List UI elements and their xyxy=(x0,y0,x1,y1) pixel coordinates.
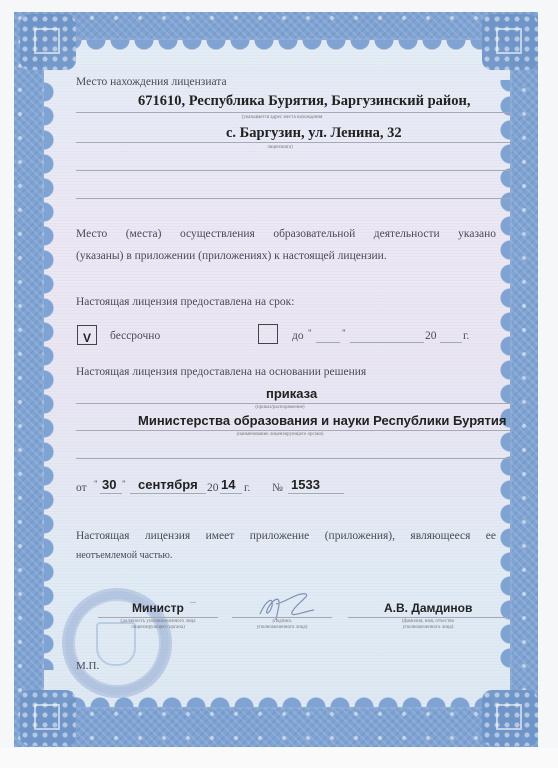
signatory-name: А.В. Дамдинов xyxy=(384,601,472,615)
signature-caption-2: уполномоченного лица) xyxy=(232,625,332,630)
date-year-prefix: 20 xyxy=(207,482,219,494)
quote-close: " xyxy=(342,328,346,338)
license-content: Место нахождения лицензиата 671610, Респ… xyxy=(0,0,558,768)
until-year-prefix: 20 xyxy=(425,330,437,342)
term-label: Настоящая лицензия предоставлена на срок… xyxy=(76,296,294,308)
address-line-1: 671610, Республика Бурятия, Баргузинский… xyxy=(138,93,471,110)
quote-open: " xyxy=(94,479,98,489)
appendix-text: Настоящая лицензия имеет приложение (при… xyxy=(76,530,496,542)
quote-close: " xyxy=(122,479,126,489)
decision-year: 14 xyxy=(221,477,235,492)
underline xyxy=(288,493,344,494)
underline xyxy=(76,403,510,404)
underline xyxy=(98,617,218,618)
date-year-suffix: г. xyxy=(244,482,250,494)
underline xyxy=(100,493,122,494)
blank-line xyxy=(76,170,510,171)
position-caption-2: лицензирующего органа) xyxy=(98,625,218,630)
address-caption-1: (указывается адрес места нахождения xyxy=(222,115,342,120)
number-sign: № xyxy=(272,482,283,494)
address-line-2: с. Баргузин, ул. Ленина, 32 xyxy=(226,125,402,142)
underline xyxy=(348,617,508,618)
decision-type: приказа xyxy=(266,386,317,401)
until-day-field[interactable] xyxy=(316,342,340,343)
dash: – xyxy=(190,596,196,608)
position-caption-1: (должность уполномоченного лица xyxy=(98,619,218,624)
decision-number: 1533 xyxy=(291,477,320,492)
basis-label: Настоящая лицензия предоставлена на осно… xyxy=(76,366,366,378)
underline xyxy=(76,142,510,143)
authority-caption: (наименование лицензирующего органа) xyxy=(220,432,340,437)
appendix-text-2: неотъемлемой частью. xyxy=(76,550,172,561)
term-option-indefinite-label: бессрочно xyxy=(110,330,160,342)
signatory-position: Министр xyxy=(132,601,184,615)
name-caption-1: (фамилия, имя, отчество xyxy=(368,619,488,624)
decision-day: 30 xyxy=(102,477,116,492)
until-year-suffix: г. xyxy=(463,330,469,342)
decision-month: сентября xyxy=(138,477,198,492)
underline xyxy=(76,430,510,431)
blank-line xyxy=(76,198,510,199)
underline xyxy=(130,493,206,494)
decision-type-caption: (приказ/распоряжение) xyxy=(240,405,320,410)
licensing-authority: Министерства образования и науки Республ… xyxy=(138,413,507,428)
checkbox-indefinite[interactable]: V xyxy=(77,325,97,345)
date-prefix: от xyxy=(76,482,87,494)
term-option-until-label: до xyxy=(292,330,304,342)
activity-place-text: Место (места) осуществления образователь… xyxy=(76,228,496,240)
activity-place-text-2: (указаны) в приложении (приложениях) к н… xyxy=(76,250,387,262)
signature-caption-1: (подпись xyxy=(232,619,332,624)
name-caption-2: уполномоченного лица) xyxy=(368,625,488,630)
underline xyxy=(220,493,242,494)
until-month-field[interactable] xyxy=(350,342,424,343)
underline xyxy=(76,112,510,113)
checkbox-mark: V xyxy=(83,332,91,344)
licensee-location-label: Место нахождения лицензиата xyxy=(76,76,227,88)
quote-open: " xyxy=(308,328,312,338)
stamp-label: М.П. xyxy=(76,660,99,672)
checkbox-until-date[interactable] xyxy=(258,324,278,344)
signature-line xyxy=(232,617,332,618)
until-year-field[interactable] xyxy=(440,342,462,343)
address-caption-2: лицензиата) xyxy=(240,145,320,150)
blank-line xyxy=(76,458,510,459)
